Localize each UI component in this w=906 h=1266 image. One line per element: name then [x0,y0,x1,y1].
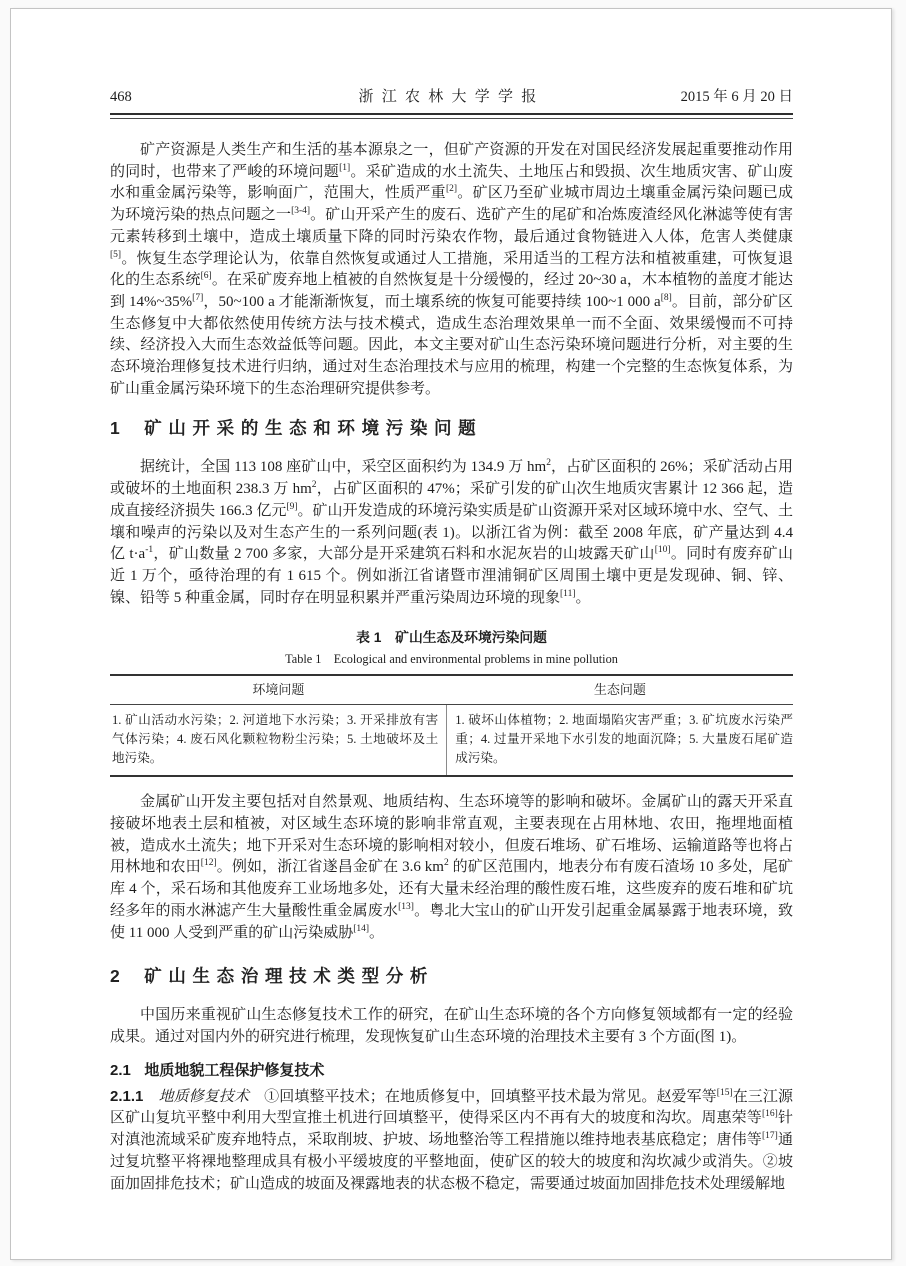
paragraph-2-1-1: 2.1.1 地质修复技术 ①回填整平技术；在地质修复中，回填整平技术最为常见。赵… [110,1086,793,1196]
issue-date: 2015 年 6 月 20 日 [633,85,793,106]
subsection-number: 2.1 [110,1062,131,1079]
paragraph-metal-mining: 金属矿山开发主要包括对自然景观、地质结构、生态环境等的影响和破坏。金属矿山的露天… [110,792,793,944]
section-1-heading: 1矿山开采的生态和环境污染问题 [110,415,793,440]
table-1-block: 表 1 矿山生态及环境污染问题 Table 1 Ecological and e… [110,628,793,777]
section-number: 2 [110,966,120,986]
table-caption-zh: 表 1 矿山生态及环境污染问题 [110,628,793,648]
header-rule [110,113,793,119]
page-number: 468 [110,89,270,106]
paragraph-intro: 矿产资源是人类生产和生活的基本源泉之一，但矿产资源的开发在对国民经济发展起重要推… [110,140,793,400]
column-header-environment: 环境问题 [110,675,447,705]
paragraph-china-research: 中国历来重视矿山生态修复技术工作的研究，在矿山生态环境的各个方向修复领域都有一定… [110,1005,793,1048]
section-title: 矿山生态治理技术类型分析 [144,966,434,986]
journal-title: 浙江农林大学学报 [270,85,633,106]
paragraph-statistics: 据统计，全国 113 108 座矿山中，采空区面积约为 134.9 万 hm2，… [110,457,793,609]
section-2-heading: 2矿山生态治理技术类型分析 [110,963,793,988]
subsection-2-1-heading: 2.1地质地貌工程保护修复技术 [110,1059,793,1080]
table-caption-en: Table 1 Ecological and environmental pro… [110,650,793,669]
table-1: 环境问题 生态问题 1. 矿山活动水污染；2. 河道地下水污染；3. 开采排放有… [110,674,793,777]
column-header-ecology: 生态问题 [447,675,793,705]
subsection-title: 地质地貌工程保护修复技术 [144,1062,324,1079]
table-header-row: 环境问题 生态问题 [110,675,793,705]
scanned-journal-page: { "header": { "page_number": "468", "jou… [0,0,906,1266]
section-number: 1 [110,418,120,438]
page-sheet: 468 浙江农林大学学报 2015 年 6 月 20 日 矿产资源是人类生产和生… [10,8,892,1260]
table-row: 1. 矿山活动水污染；2. 河道地下水污染；3. 开采排放有害气体污染；4. 废… [110,705,793,777]
page-content: 468 浙江农林大学学报 2015 年 6 月 20 日 矿产资源是人类生产和生… [11,9,891,1195]
cell-environment-problems: 1. 矿山活动水污染；2. 河道地下水污染；3. 开采排放有害气体污染；4. 废… [110,705,447,777]
cell-ecology-problems: 1. 破坏山体植物；2. 地面塌陷灾害严重；3. 矿坑废水污染严重；4. 过量开… [447,705,793,777]
section-title: 矿山开采的生态和环境污染问题 [144,418,482,438]
journal-header: 468 浙江农林大学学报 2015 年 6 月 20 日 [110,85,793,106]
